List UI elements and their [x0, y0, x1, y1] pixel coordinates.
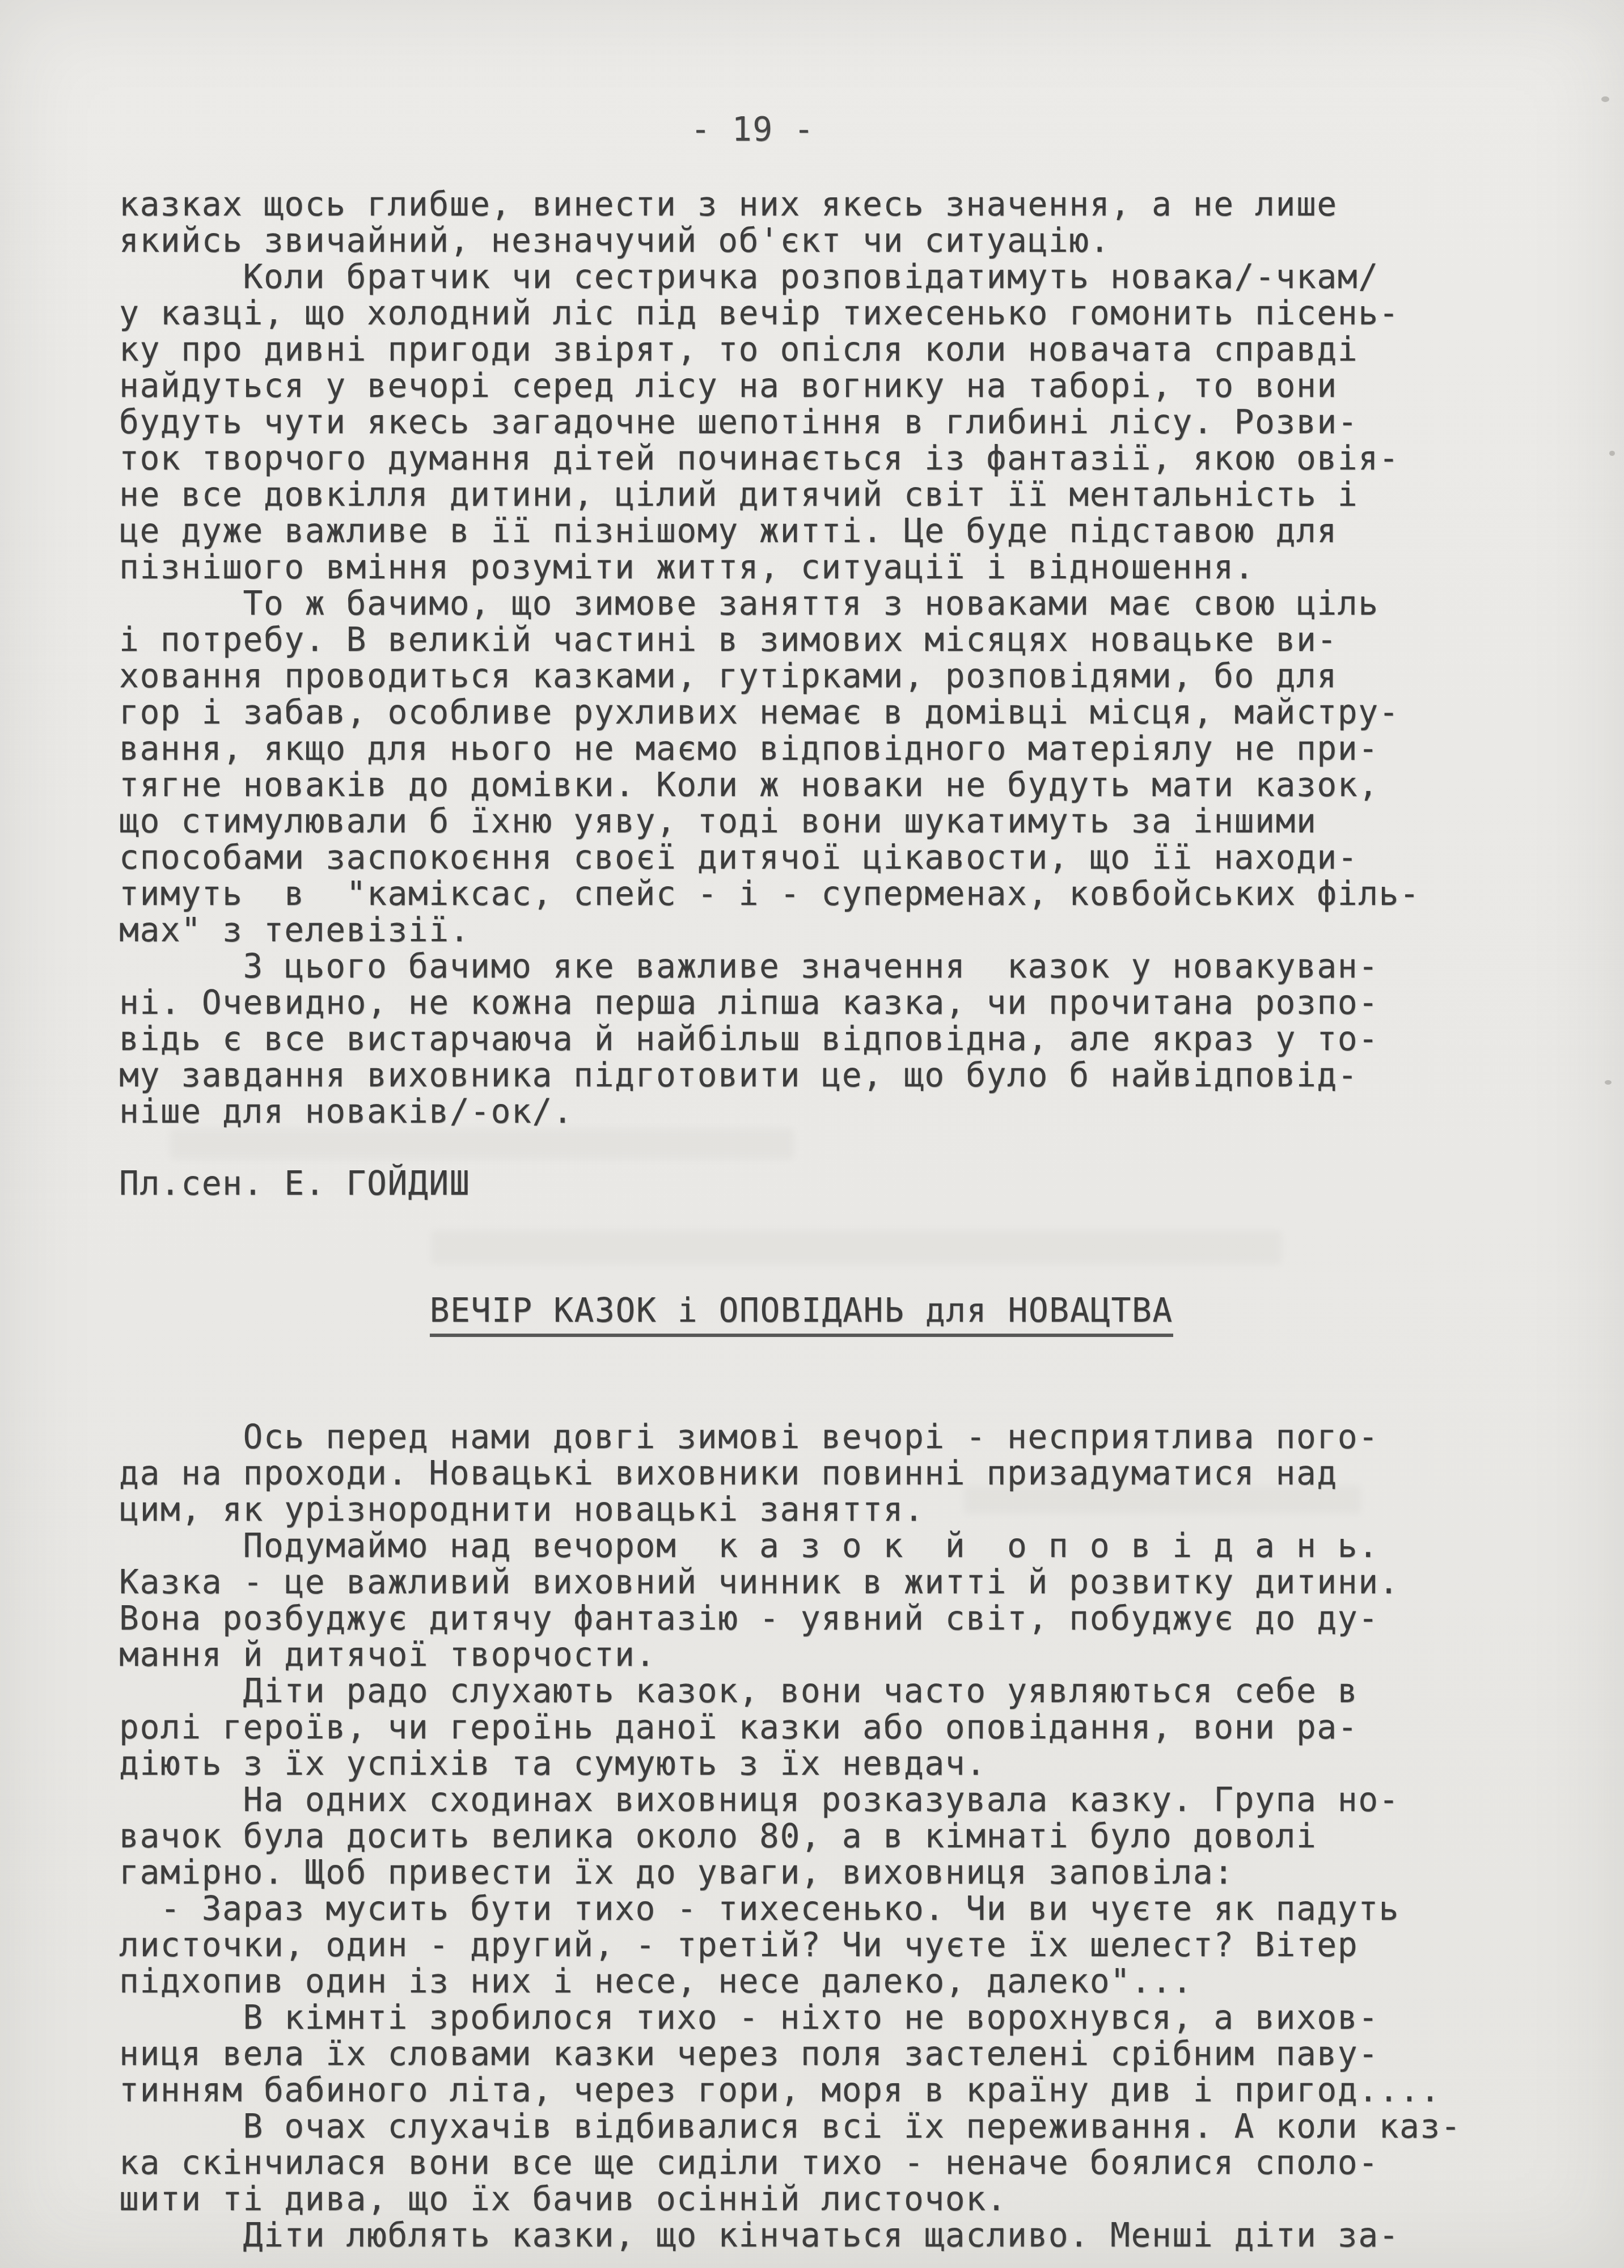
text-line: тимуть в "каміксас, спейс - і - супермен… — [119, 875, 1579, 912]
text-line: пізнішого вміння розуміти життя, ситуаці… — [119, 549, 1579, 585]
text-line: гамірно. Щоб привести їх до уваги, вихов… — [119, 1854, 1579, 1890]
text-line: не все довкілля дитини, цілий дитячий св… — [119, 476, 1579, 513]
text-line: підхопив один із них і несе, несе далеко… — [119, 1963, 1579, 1999]
section-heading-line: ВЕЧІР КАЗОК і ОПОВІДАНЬ для НОВАЦТВА — [119, 1256, 1579, 1373]
text-line: діють з їх успіхів та сумують з їх невда… — [119, 1745, 1579, 1782]
text-line: му завдання виховника підготовити це, що… — [119, 1057, 1579, 1093]
text-line: Ось перед нами довгі зимові вечорі - нес… — [119, 1419, 1579, 1455]
section-title: ВЕЧІР КАЗОК і ОПОВІДАНЬ для НОВАЦТВА — [430, 1292, 1173, 1337]
text-line: - Зараз мусить бути тихо - тихесенько. Ч… — [119, 1890, 1579, 1927]
text-line: да на проходи. Новацькі виховники повинн… — [119, 1455, 1579, 1491]
text-line: ні. Очевидно, не кожна перша ліпша казка… — [119, 984, 1579, 1021]
bleedthrough-smudge — [170, 1128, 794, 1160]
text-line: мання й дитячої творчости. — [119, 1636, 1579, 1673]
text-line: ка скінчилася вони все ще сиділи тихо - … — [119, 2144, 1579, 2181]
text-line: Вона розбуджує дитячу фантазію - уявний … — [119, 1600, 1579, 1636]
text-line: Казка - це важливий виховний чинник в жи… — [119, 1564, 1579, 1600]
text-line: З цього бачимо яке важливе значення казо… — [119, 948, 1579, 984]
scan-speck — [1601, 96, 1609, 102]
text-line: Коли братчик чи сестричка розповідатимут… — [119, 259, 1579, 295]
text-line: ниця вела їх словами казки через поля за… — [119, 2036, 1579, 2072]
text-line: шити ті дива, що їх бачив осінній листоч… — [119, 2181, 1579, 2217]
text-line: гор і забав, особливе рухливих немає в д… — [119, 694, 1579, 730]
paragraph-block-1: казках щось глибше, винести з них якесь … — [119, 186, 1579, 1129]
text-line: ніше для новаків/-ок/. — [119, 1093, 1579, 1129]
text-line: будуть чути якесь загадочне шепотіння в … — [119, 404, 1579, 440]
text-line: листочки, один - другий, - третій? Чи чу… — [119, 1927, 1579, 1963]
text-line: вання, якщо для нього не маємо відповідн… — [119, 730, 1579, 767]
text-line: якийсь звичайний, незначучий об'єкт чи с… — [119, 222, 1579, 259]
document-page: - 19 - казках щось глибше, винести з них… — [0, 0, 1624, 2268]
text-line: В кімнті зробилося тихо - ніхто не ворох… — [119, 1999, 1579, 2036]
text-line: На одних сходинах виховниця розказувала … — [119, 1782, 1579, 1818]
text-line: тинням бабиного літа, через гори, моря в… — [119, 2072, 1579, 2108]
text-line: це дуже важливе в її пізнішому житті. Це… — [119, 513, 1579, 549]
text-line: відь є все вистарчаюча й найбільш відпов… — [119, 1021, 1579, 1057]
text-line: і потребу. В великій частині в зимових м… — [119, 621, 1579, 658]
text-line: То ж бачимо, що зимове заняття з новакам… — [119, 585, 1579, 621]
text-line: ку про дивні пригоди звірят, то опісля к… — [119, 331, 1579, 367]
scan-speck — [1605, 1080, 1612, 1085]
text-line: казках щось глибше, винести з них якесь … — [119, 186, 1579, 222]
scan-speck — [1609, 451, 1615, 456]
text-line: у казці, що холодний ліс під вечір тихес… — [119, 295, 1579, 331]
text-line: Діти люблять казки, що кінчаться щасливо… — [119, 2217, 1579, 2253]
text-line: вачок була досить велика около 80, а в к… — [119, 1818, 1579, 1854]
text-line: що стимулювали б їхню уяву, тоді вони шу… — [119, 803, 1579, 839]
text-line: ховання проводиться казками, гутірками, … — [119, 658, 1579, 694]
page-number: - 19 - — [119, 111, 1579, 147]
text-line: Подумаймо над вечором к а з о к й о п о … — [119, 1527, 1579, 1564]
text-line: тягне новаків до домівки. Коли ж новаки … — [119, 767, 1579, 803]
text-line: мах" з телевізії. — [119, 912, 1579, 948]
text-line: ток творчого думання дітей починається і… — [119, 440, 1579, 476]
paragraph-block-2: Ось перед нами довгі зимові вечорі - нес… — [119, 1419, 1579, 2253]
text-line: найдуться у вечорі серед лісу на вогнику… — [119, 367, 1579, 404]
text-line: ролі героїв, чи героїнь даної казки або … — [119, 1709, 1579, 1745]
text-line: цим, як урізнороднити новацькі заняття. — [119, 1491, 1579, 1527]
text-line: Діти радо слухають казок, вони часто уяв… — [119, 1673, 1579, 1709]
text-line: В очах слухачів відбивалися всі їх переж… — [119, 2108, 1579, 2144]
author-signature: Пл.сен. Е. ГОЙДИШ — [119, 1165, 1579, 1201]
text-line: способами заспокоєння своєї дитячої ціка… — [119, 839, 1579, 875]
